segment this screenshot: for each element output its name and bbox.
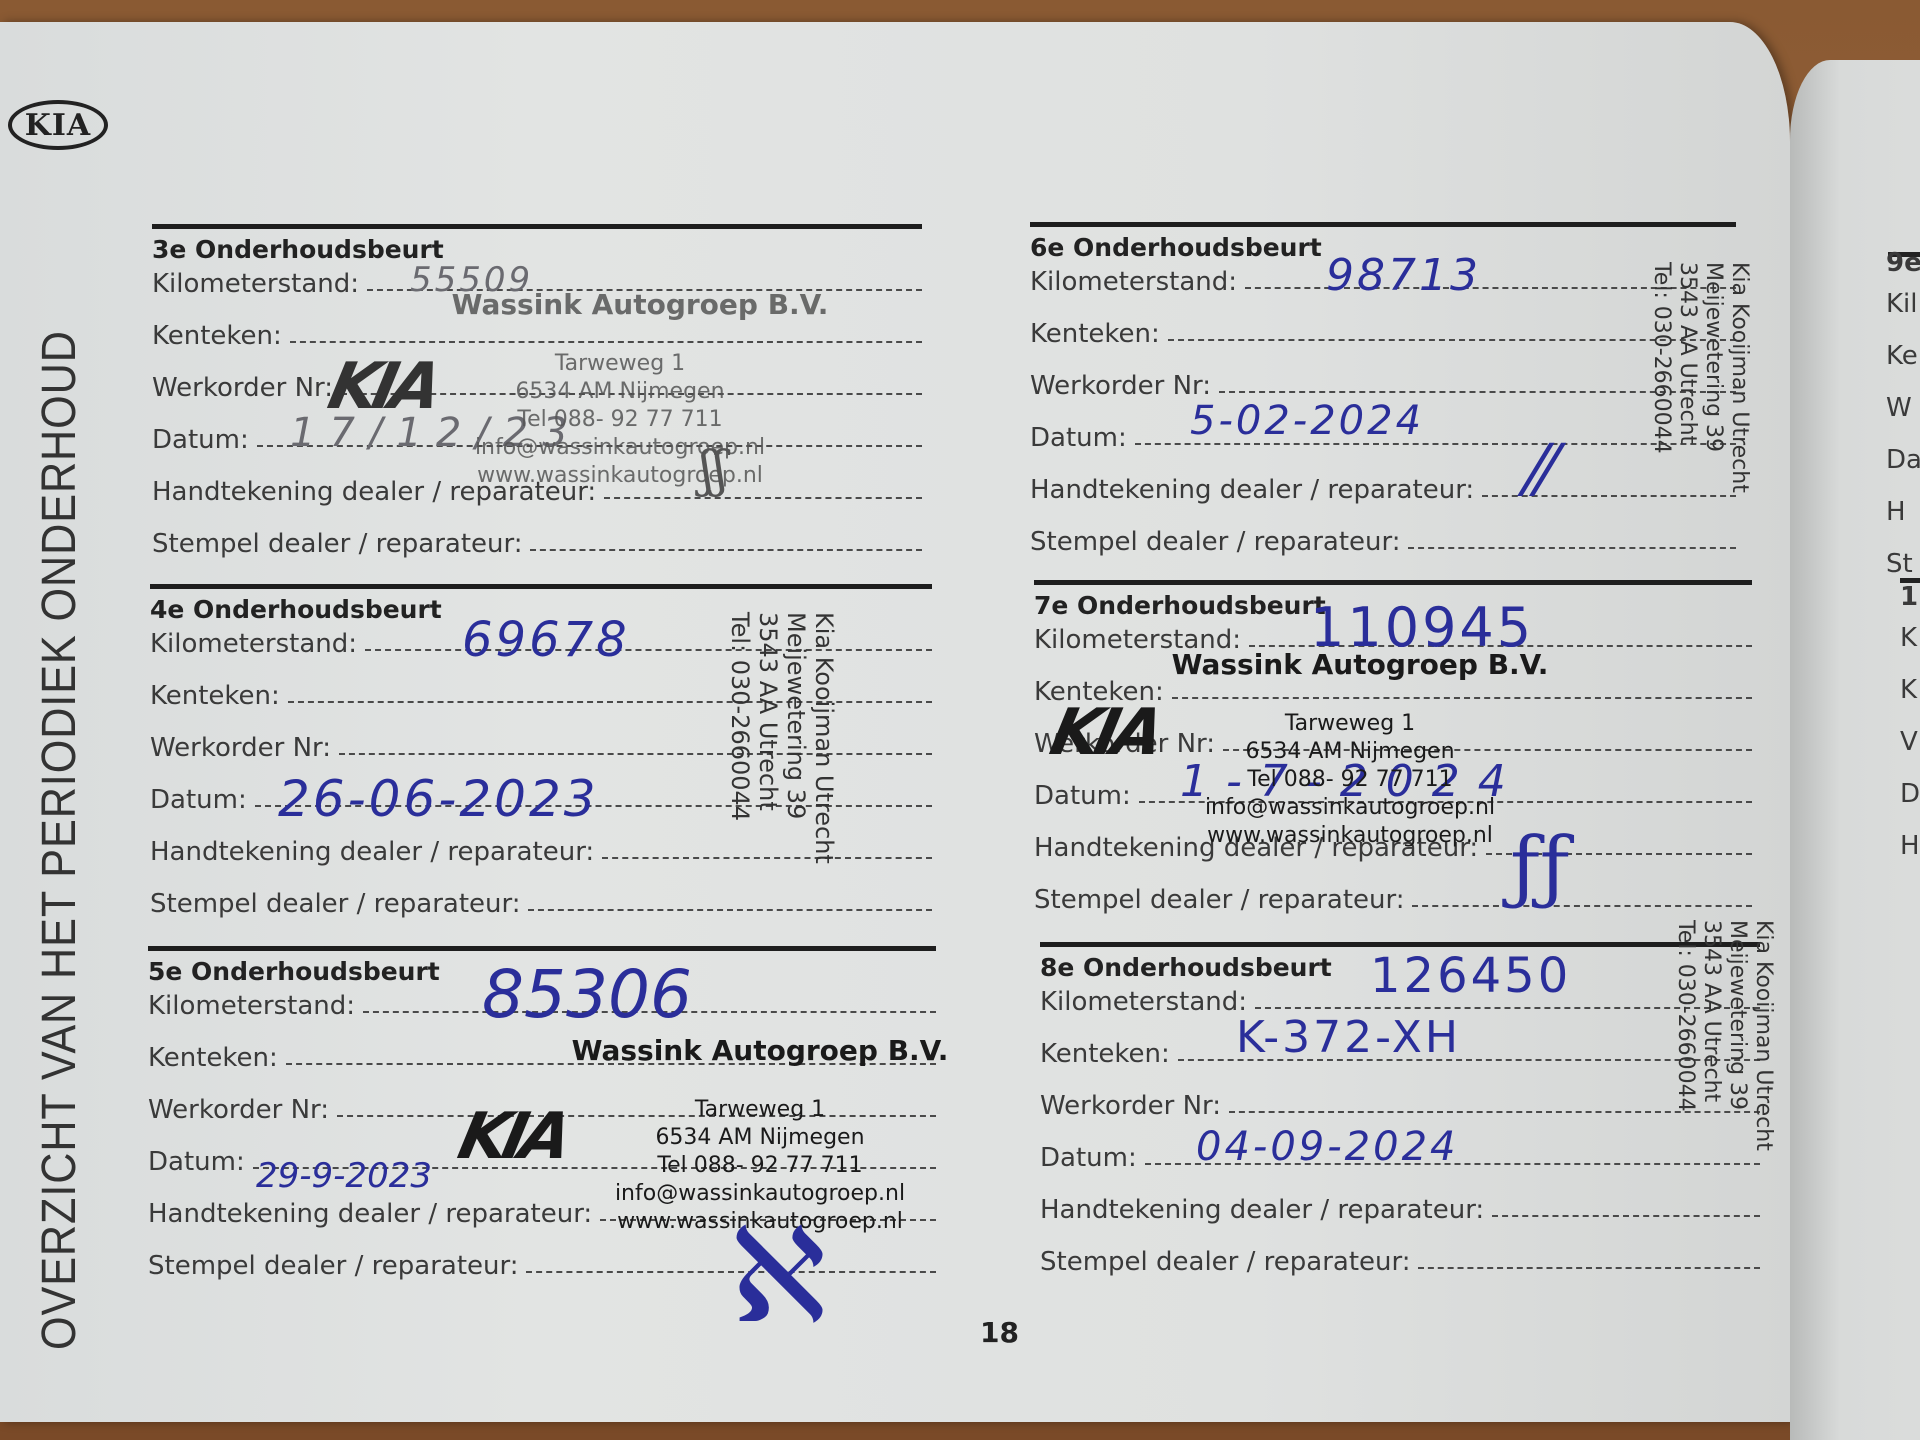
werkorder-label: Werkorder Nr: — [152, 373, 333, 407]
dealer-stamp-wassink: Wassink Autogroep B.V. — [560, 1034, 960, 1067]
next-page-heading: 1( — [1900, 582, 1920, 612]
kilometerstand-value: 126450 — [1370, 948, 1571, 1004]
datum-value: 5-02-2024 — [1190, 398, 1424, 444]
datum-value: 04-09-2024 — [1196, 1124, 1458, 1170]
dealer-stamp-address: Tarweweg 1 6534 AM Nijmegen Tel 088- 92 … — [1180, 710, 1520, 850]
section-rule — [1034, 580, 1752, 585]
section-rule — [1040, 942, 1760, 947]
kia-stamp-logo: KIA — [1044, 696, 1165, 770]
kenteken-label: Kenteken: — [152, 321, 282, 355]
section-rule — [150, 584, 932, 589]
dealer-signature: ʃʃ — [700, 440, 727, 498]
dealer-signature: ƒƒ — [1510, 820, 1569, 913]
kenteken-value: K-372-XH — [1236, 1012, 1461, 1063]
stempel-label: Stempel dealer / reparateur: — [152, 529, 522, 563]
side-title: OVERZICHT VAN HET PERIODIEK ONDERHOUD — [32, 330, 87, 1350]
datum-value: 29-9-2023 — [256, 1156, 432, 1196]
dealer-stamp-wassink: Wassink Autogroep B.V. — [440, 288, 840, 321]
next-page-fragments: Kil Ke W Da H St — [1886, 278, 1920, 590]
dealer-signature: ⁄⁄ — [1530, 430, 1553, 512]
kilometerstand-label: Kilometerstand: — [152, 269, 359, 303]
dealer-signature: ℵ — [730, 1200, 827, 1352]
kilometerstand-value: 85306 — [482, 956, 692, 1033]
kilometerstand-value: 98713 — [1326, 250, 1481, 301]
section-rule — [152, 224, 922, 229]
kia-logo: KIA — [8, 100, 108, 150]
dealer-stamp-wassink: Wassink Autogroep B.V. — [1160, 648, 1560, 681]
datum-label: Datum: — [152, 425, 249, 459]
kia-stamp-logo: KIA — [322, 350, 443, 424]
dealer-stamp-kooijman: Kia Kooijman Utrecht Meijewetering 39 35… — [1648, 262, 1752, 493]
next-page-fragments: K K V D H — [1900, 612, 1920, 872]
next-page-heading: 9e — [1886, 248, 1920, 278]
section-title: 3e Onderhoudsbeurt — [152, 235, 922, 265]
kia-stamp-logo: KIA — [452, 1100, 573, 1174]
section-rule — [148, 946, 936, 951]
page-number: 18 — [980, 1316, 1019, 1349]
dealer-stamp-kooijman: Kia Kooijman Utrecht Meijewetering 39 35… — [726, 612, 838, 864]
section-rule — [1030, 222, 1736, 227]
kilometerstand-value: 69678 — [462, 612, 630, 668]
stempel-row: Stempel dealer / reparateur: — [152, 511, 922, 563]
dealer-stamp-kooijman: Kia Kooijman Utrecht Meijewetering 39 35… — [1672, 920, 1776, 1151]
datum-value: 26-06-2023 — [278, 770, 599, 828]
